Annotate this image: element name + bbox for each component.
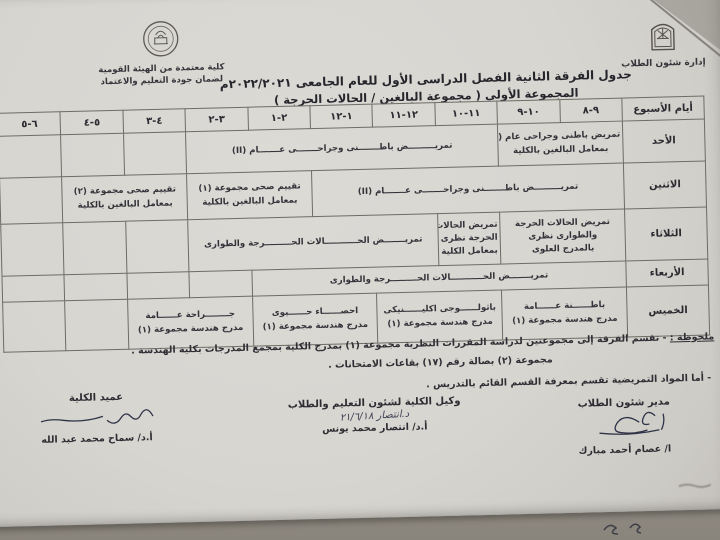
cell-line: مدرج هندسة مجموعة (١) <box>380 315 500 331</box>
time-slot-header: ٢-١ <box>248 106 311 131</box>
day-cell: الأحد <box>622 119 705 163</box>
cell-line: مدرج هندسة مجموعة (١) <box>505 312 625 328</box>
desk-scribble-icon <box>600 518 670 538</box>
day-cell: الأربعاء <box>626 259 709 287</box>
empty-cell <box>63 221 127 275</box>
empty-cell <box>2 275 65 303</box>
schedule-table: أيام الأسبوع٩-٨١٠-٩١١-١٠١٢-١١١-١٢٢-١٣-٢٤… <box>0 96 710 353</box>
schedule-cell: تقييم صحى مجموعة (٢)بمعامل البالغين بالك… <box>62 174 188 223</box>
note-label: ملحوظة : <box>670 331 715 343</box>
empty-cell <box>3 301 67 353</box>
schedule-cell: تمريض الحالاتالحرجة نظرىبمعامل الكلية <box>437 212 501 266</box>
schedule-cell: تمريض الحالات الحرجةوالطوارى نظرىبالمدرج… <box>500 209 626 264</box>
day-cell: الاثنين <box>623 161 706 209</box>
time-slot-header: ٩-٨ <box>559 98 622 123</box>
empty-cell <box>0 177 63 225</box>
time-slot-header: ٦-٥ <box>0 112 61 137</box>
empty-cell <box>65 299 129 351</box>
note-line-2: مجموعة (٢) بصالة رقم (١٧) بقاعات الامتحا… <box>9 354 553 378</box>
empty-cell <box>61 133 124 177</box>
time-slot-header: ١١-١٠ <box>435 101 498 126</box>
day-column-header: أيام الأسبوع <box>622 96 705 121</box>
dean-name: أ.د/ سماح محمد عبد الله <box>14 431 179 446</box>
day-cell: الثلاثاء <box>625 207 708 261</box>
paper-sheet: إدارة شئون الطلاب كلية معتمدة من الهيئة … <box>0 0 720 527</box>
time-slot-label: ٩-٨ <box>583 105 600 116</box>
accreditation-seal-icon <box>140 18 181 59</box>
empty-cell <box>127 272 190 300</box>
time-slot-label: ٤-٣ <box>146 115 163 126</box>
paper-content: إدارة شئون الطلاب كلية معتمدة من الهيئة … <box>0 0 720 527</box>
handwritten-date: ٢١/٦/١٨ <box>339 411 373 424</box>
schedule-cell: تقييم صحى مجموعة (١)بمعامل البالغين بالك… <box>187 171 313 220</box>
time-slot-label: ٢-١ <box>271 112 288 123</box>
schedule-cell: احصــــــاء حــــــيوىمدرج هندسة مجموعة … <box>252 293 378 346</box>
time-slot-header: ١-١٢ <box>310 104 373 129</box>
cell-line: بمعامل الكلية <box>441 245 499 260</box>
empty-cell <box>126 220 190 274</box>
cell-line: مدرج هندسة مجموعة (١) <box>255 318 375 334</box>
time-slot-header: ٣-٢ <box>185 107 248 132</box>
schedule-cell: باثولــــــوجى اكليــــــنيكىمدرج هندسة … <box>377 290 503 343</box>
vice-dean-signature-block: وكيل الكلية لشئون التعليم والطلاب د.انتص… <box>272 395 478 436</box>
student-affairs-name: ا/ عصام أحمد مبارك <box>545 443 705 458</box>
time-slot-label: ١١-١٠ <box>452 108 481 120</box>
schedule-cell: تمريـــــــــض باطـــــــنى وجراحـــــــ… <box>312 163 625 217</box>
student-affairs-signature-block: مدير شئون الطلاب ا/ عصام أحمد مبارك <box>544 396 705 458</box>
empty-cell <box>189 270 252 298</box>
day-cell: الخميس <box>626 285 709 337</box>
university-emblem-icon <box>647 16 678 53</box>
schedule-cell: باطــــــنة عــــــامةمدرج هندسة مجموعة … <box>502 287 628 340</box>
time-slot-label: ١٢-١١ <box>389 109 418 121</box>
document-photo: إدارة شئون الطلاب كلية معتمدة من الهيئة … <box>0 0 720 540</box>
empty-cell <box>64 273 127 301</box>
cell-line: تمريـــــــــض باطـــــــنى وجراحـــــــ… <box>189 138 496 159</box>
time-slot-header: ٤-٣ <box>123 109 186 134</box>
handwritten-name: د.انتصار <box>376 409 409 422</box>
dean-signature-block: عميد الكلية أ.د/ سماح محمد عبد الله <box>13 390 179 446</box>
schedule-cell: جــــــــراحة عــــــامةمدرج هندسة مجموع… <box>127 296 253 349</box>
empty-cell <box>1 223 65 277</box>
cell-line: بمعامل البالغين بالكلية <box>65 197 185 213</box>
time-slot-label: ٥-٤ <box>84 117 101 128</box>
cell-line: تمريـــــــض الحـــــــــــالات الحـــــ… <box>254 267 624 289</box>
time-slot-label: ٣-٢ <box>208 114 225 125</box>
schedule-cell: تمريض باطنى وجراحى عام (II) نظرىبمعامل ا… <box>498 121 624 166</box>
signature-scribble-icon <box>36 402 157 431</box>
cell-line: تمريض الحالات <box>440 218 498 233</box>
time-slot-header: ١٢-١١ <box>372 103 435 128</box>
signature-scribble-icon <box>569 407 680 442</box>
time-slot-header: ٥-٤ <box>60 110 123 135</box>
empty-cell <box>0 135 62 179</box>
time-slot-header: ١٠-٩ <box>497 100 560 125</box>
time-slot-label: ٦-٥ <box>21 118 38 129</box>
cell-line: تمريـــــــــض باطـــــــنى وجراحـــــــ… <box>314 179 621 200</box>
stamp-smudge-icon <box>678 481 712 490</box>
cell-line: بمعامل البالغين بالكلية <box>190 194 310 210</box>
empty-cell <box>123 132 186 176</box>
cell-line: تمريـــــــض الحـــــــــــالات الحـــــ… <box>191 233 436 252</box>
cell-line: مدرج هندسة مجموعة (١) <box>131 321 251 337</box>
schedule-cell: تمريـــــــض الحـــــــــــالات الحـــــ… <box>188 214 439 272</box>
cell-line: بمعامل البالغين بالكلية <box>501 142 621 158</box>
cell-line: بالمدرج العلوى <box>503 242 623 258</box>
time-slot-label: ١-١٢ <box>330 111 353 123</box>
time-slot-label: ١٠-٩ <box>517 106 540 118</box>
